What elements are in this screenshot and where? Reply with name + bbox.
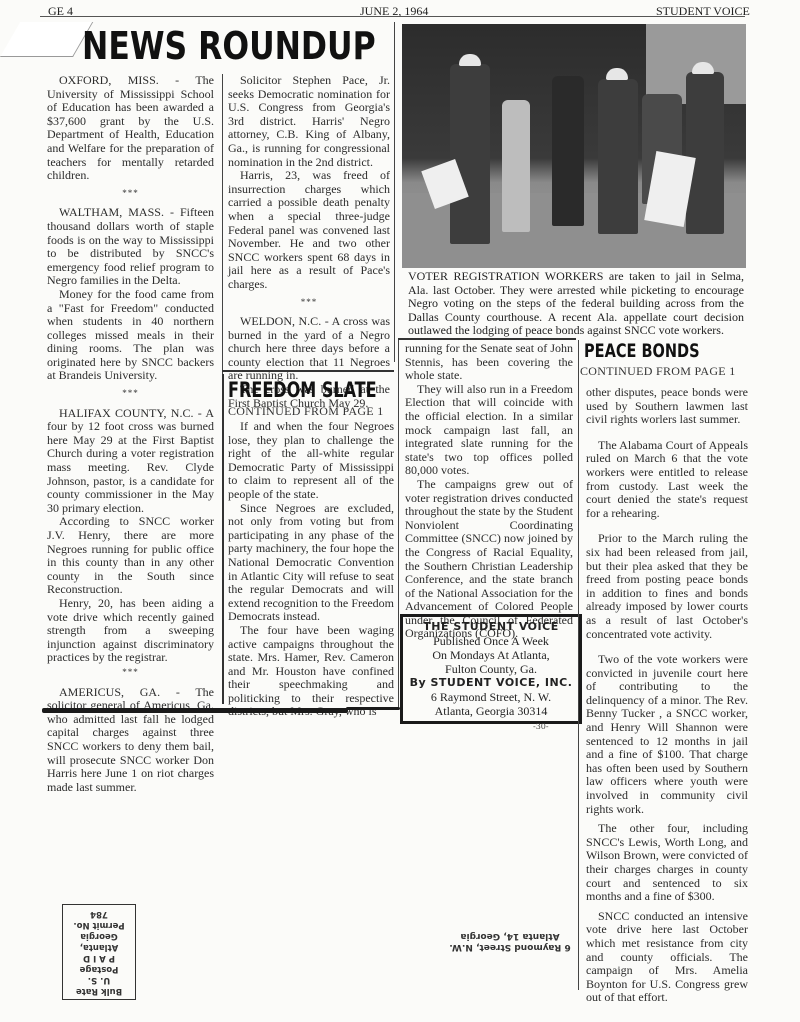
news-roundup-column-1: OXFORD, MISS. - The University of Missis… <box>47 74 214 794</box>
halifax-item-cont: Henry, 20, has been aiding a vote drive … <box>47 597 214 665</box>
peace-bonds-column: other disputes, peace bonds were used by… <box>586 386 748 1005</box>
peace-bonds-paragraph: The other four, including SNCC's Lewis, … <box>586 822 748 904</box>
freedom-slate-paragraph: They will also run in a Freedom Election… <box>405 383 573 478</box>
waltham-item: WALTHAM, MASS. - Fifteen thousand dollar… <box>47 206 214 288</box>
permit-paid: P A I D <box>69 952 129 963</box>
americus-item: AMERICUS, GA. - The solicitor general of… <box>47 686 214 795</box>
permit-number: Permit No. 784 <box>69 908 129 930</box>
freedom-slate-continued: CONTINUED FROM PAGE 1 <box>228 404 384 419</box>
freedom-slate-paragraph: running for the Senate seat of John Sten… <box>405 342 573 383</box>
column-rule <box>394 22 395 362</box>
permit-postage: U. S. Postage <box>69 963 129 985</box>
publisher-company: By STUDENT VOICE, INC. <box>409 676 573 690</box>
worker-figure <box>552 76 584 226</box>
return-address-street: 6 Raymond Street, N.W. <box>440 941 580 952</box>
peace-bonds-continued: CONTINUED FROM PAGE 1 <box>580 364 736 379</box>
pace-item-cont: Harris, 23, was freed of insurrection ch… <box>228 169 390 291</box>
publisher-city: Atlanta, Georgia 30314 <box>409 704 573 718</box>
masthead-rule <box>40 16 745 17</box>
permit-rate: Bulk Rate <box>69 985 129 996</box>
officer-figure <box>686 72 724 234</box>
publisher-frequency: Published Once A Week <box>409 634 573 648</box>
halifax-item-cont: According to SNCC worker J.V. Henry, the… <box>47 515 214 597</box>
halifax-item: HALIFAX COUNTY, N.C. - A four by 12 foot… <box>47 407 214 516</box>
publisher-day: On Mondays At Atlanta, <box>409 648 573 662</box>
separator: *** <box>47 666 214 680</box>
separator: *** <box>47 187 214 201</box>
news-roundup-column-2: Solicitor Stephen Pace, Jr. seeks Democr… <box>228 74 390 410</box>
news-roundup-title: NEWS ROUNDUP <box>82 24 376 68</box>
peace-bonds-paragraph: Two of the vote workers were convicted i… <box>586 653 748 816</box>
waltham-item-cont: Money for the food came from a "Fast for… <box>47 288 214 383</box>
helmet <box>692 62 714 74</box>
news-photo <box>402 24 746 268</box>
section-rule <box>398 338 576 340</box>
peace-bonds-paragraph: other disputes, peace bonds were used by… <box>586 386 748 427</box>
peace-bonds-paragraph: Prior to the March ruling the six had be… <box>586 532 748 641</box>
pace-item: Solicitor Stephen Pace, Jr. seeks Democr… <box>228 74 390 169</box>
caption-lead: VOTER REGISTRATION WORKERS <box>408 269 603 283</box>
publisher-county: Fulton County, Ga. <box>409 662 573 676</box>
freedom-slate-paragraph: The four have been waging active campaig… <box>228 624 394 719</box>
freedom-slate-title: FREEDOM SLATE <box>228 378 377 402</box>
officer-figure <box>450 64 490 244</box>
postage-permit: Bulk Rate U. S. Postage P A I D Atlanta,… <box>62 904 136 1000</box>
helmet <box>459 54 481 66</box>
publisher-name: THE STUDENT VOICE <box>409 620 573 634</box>
section-rule <box>222 370 394 372</box>
freedom-slate-column-2: running for the Senate seat of John Sten… <box>405 342 573 641</box>
publisher-street: 6 Raymond Street, N. W. <box>409 690 573 704</box>
return-address-city: Atlanta 14, Georgia <box>440 930 580 941</box>
peace-bonds-title: PEACE BONDS <box>584 340 700 362</box>
end-mark: -30- <box>533 722 549 731</box>
section-rule-thick <box>42 708 348 713</box>
separator: *** <box>228 296 390 310</box>
freedom-slate-column-1: If and when the four Negroes lose, they … <box>228 420 394 719</box>
officer-figure <box>598 79 638 234</box>
column-rule <box>222 74 223 374</box>
column-rule <box>222 374 224 704</box>
weldon-item: WELDON, N.C. - A cross was burned in the… <box>228 315 390 383</box>
oxford-item: OXFORD, MISS. - The University of Missis… <box>47 74 214 183</box>
return-address: 6 Raymond Street, N.W. Atlanta 14, Georg… <box>440 930 580 952</box>
helmet <box>606 68 628 80</box>
separator: *** <box>47 387 214 401</box>
permit-city: Atlanta, Georgia <box>69 930 129 952</box>
publisher-box: THE STUDENT VOICE Published Once A Week … <box>400 614 582 724</box>
torn-corner <box>0 22 93 57</box>
peace-bonds-paragraph: SNCC conducted an intensive vote drive h… <box>586 910 748 1005</box>
photo-caption: VOTER REGISTRATION WORKERS are taken to … <box>408 270 744 338</box>
freedom-slate-paragraph: If and when the four Negroes lose, they … <box>228 420 394 502</box>
section-rule-thick <box>346 707 400 710</box>
peace-bonds-paragraph: The Alabama Court of Appeals ruled on Ma… <box>586 439 748 521</box>
column-rule <box>578 340 579 990</box>
column-rule <box>398 340 399 710</box>
worker-figure <box>502 100 530 232</box>
freedom-slate-paragraph: Since Negroes are excluded, not only fro… <box>228 502 394 624</box>
